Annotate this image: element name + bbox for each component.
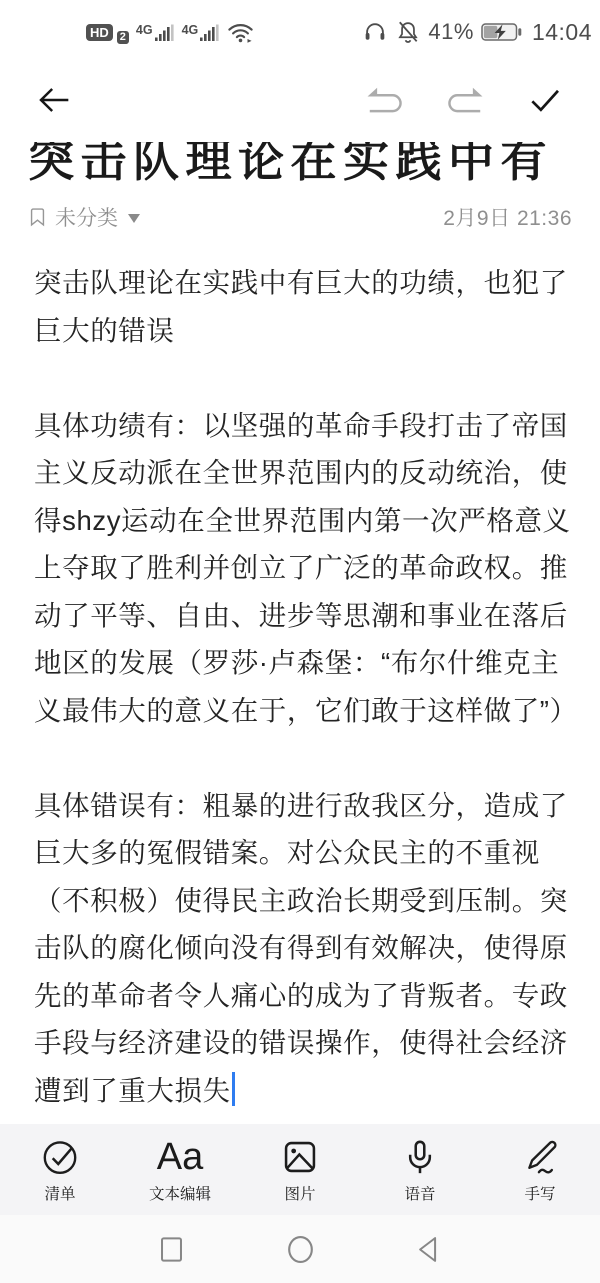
text-line: （不积极）使得民主政治长期受到压制。突 bbox=[34, 877, 570, 925]
text-format-icon: Aa bbox=[157, 1137, 203, 1177]
note-timestamp: 2月9日 21:36 bbox=[443, 202, 572, 232]
text-line: 巨大多的冤假错案。对公众民主的不重视 bbox=[34, 829, 570, 877]
back-nav-button[interactable] bbox=[416, 1235, 443, 1264]
microphone-icon bbox=[401, 1138, 439, 1176]
home-button[interactable] bbox=[285, 1233, 316, 1266]
edit-toolbar bbox=[0, 58, 600, 142]
text-edit-button[interactable]: Aa 文本编辑 bbox=[120, 1124, 240, 1215]
redo-icon bbox=[441, 86, 486, 115]
text-line: 手段与经济建设的错误操作，使得社会经济 bbox=[34, 1019, 570, 1067]
note-title-clip: 突击队理论在实践中有 bbox=[0, 142, 600, 194]
back-triangle-icon bbox=[416, 1235, 443, 1264]
category-label: 未分类 bbox=[55, 202, 118, 232]
image-icon bbox=[281, 1138, 319, 1176]
text-line: 遭到了重大损失 bbox=[34, 1067, 570, 1115]
handwriting-button[interactable]: 手写 bbox=[480, 1124, 600, 1215]
status-right-group: 41% 14:04 bbox=[362, 19, 592, 46]
bottom-toolbar: 清单 Aa 文本编辑 图片 bbox=[0, 1124, 600, 1215]
text-line: 具体功绩有：以坚强的革命手段打击了帝国 bbox=[34, 402, 570, 450]
signal-sim2-icon: 4G bbox=[182, 23, 221, 42]
signal-bars-icon bbox=[200, 23, 220, 42]
text-line: 动了平等、自由、进步等思潮和事业在落后 bbox=[34, 592, 570, 640]
voice-button[interactable]: 语音 bbox=[360, 1124, 480, 1215]
recents-button[interactable] bbox=[158, 1235, 185, 1264]
paragraph: 具体功绩有：以坚强的革命手段打击了帝国 主义反动派在全世界范围内的反动统治，使 … bbox=[34, 402, 570, 735]
redo-button[interactable] bbox=[441, 86, 486, 115]
chevron-down-icon bbox=[128, 214, 140, 223]
back-button[interactable] bbox=[34, 80, 74, 120]
hd-voice-icon: HD bbox=[86, 24, 113, 41]
note-title[interactable]: 突击队理论在实践中有 bbox=[28, 142, 572, 188]
hd-sim2-badge: 2 bbox=[117, 31, 129, 44]
status-bar: HD 2 4G 4G bbox=[0, 0, 600, 58]
checklist-label: 清单 bbox=[44, 1182, 75, 1204]
image-label: 图片 bbox=[284, 1182, 315, 1204]
text-line: 突击队理论在实践中有巨大的功绩，也犯了 bbox=[34, 259, 570, 307]
home-circle-icon bbox=[285, 1233, 316, 1266]
headset-icon bbox=[362, 19, 388, 45]
text-line: 主义反动派在全世界范围内的反动统治，使 bbox=[34, 449, 570, 497]
notes-app-screen: HD 2 4G 4G bbox=[0, 0, 600, 1283]
text-line: 先的革命者令人痛心的成为了背叛者。专政 bbox=[34, 972, 570, 1020]
checklist-button[interactable]: 清单 bbox=[0, 1124, 120, 1215]
text-line: 击队的腐化倾向没有得到有效解决，使得原 bbox=[34, 924, 570, 972]
text-line: 义最伟大的意义在于，它们敢于这样做了”） bbox=[34, 687, 570, 735]
text-line-last: 遭到了重大损失 bbox=[34, 1075, 231, 1106]
save-confirm-button[interactable] bbox=[526, 81, 564, 119]
navigation-bar bbox=[0, 1215, 600, 1283]
handwriting-pen-icon bbox=[521, 1138, 559, 1176]
text-line: 得shzy运动在全世界范围内第一次严格意义 bbox=[34, 497, 570, 545]
text-cursor bbox=[232, 1072, 235, 1106]
signal-sim1-icon: 4G bbox=[136, 23, 175, 42]
bookmark-icon bbox=[28, 206, 47, 228]
status-left-group: HD 2 4G 4G bbox=[86, 21, 254, 44]
text-line: 地区的发展（罗莎·卢森堡：“布尔什维克主 bbox=[34, 639, 570, 687]
signal-bars-icon bbox=[155, 23, 175, 42]
clock-time: 14:04 bbox=[532, 19, 592, 46]
undo-icon bbox=[364, 86, 409, 115]
text-line: 上夺取了胜利并创立了广泛的革命政权。推 bbox=[34, 544, 570, 592]
checkmark-icon bbox=[526, 81, 564, 119]
text-edit-label: 文本编辑 bbox=[149, 1182, 211, 1204]
handwriting-label: 手写 bbox=[524, 1182, 555, 1204]
back-arrow-icon bbox=[34, 80, 74, 120]
paragraph: 突击队理论在实践中有巨大的功绩，也犯了 巨大的错误 bbox=[34, 259, 570, 354]
text-line: 具体错误有：粗暴的进行敌我区分，造成了 bbox=[34, 782, 570, 830]
battery-percent: 41% bbox=[428, 19, 474, 45]
battery-charging-icon bbox=[481, 22, 523, 42]
notifications-muted-icon bbox=[395, 19, 421, 45]
recents-square-icon bbox=[158, 1235, 185, 1264]
insert-image-button[interactable]: 图片 bbox=[240, 1124, 360, 1215]
voice-label: 语音 bbox=[404, 1182, 435, 1204]
wifi-icon bbox=[227, 21, 254, 44]
note-body-editor[interactable]: 突击队理论在实践中有巨大的功绩，也犯了 巨大的错误 具体功绩有：以坚强的革命手段… bbox=[0, 234, 600, 1114]
note-meta-row: 未分类 2月9日 21:36 bbox=[0, 200, 600, 234]
paragraph: 具体错误有：粗暴的进行敌我区分，造成了 巨大多的冤假错案。对公众民主的不重视 （… bbox=[34, 782, 570, 1115]
text-line: 巨大的错误 bbox=[34, 307, 570, 355]
category-selector[interactable]: 未分类 bbox=[28, 202, 140, 232]
undo-button[interactable] bbox=[364, 86, 409, 115]
checklist-icon bbox=[41, 1138, 79, 1176]
